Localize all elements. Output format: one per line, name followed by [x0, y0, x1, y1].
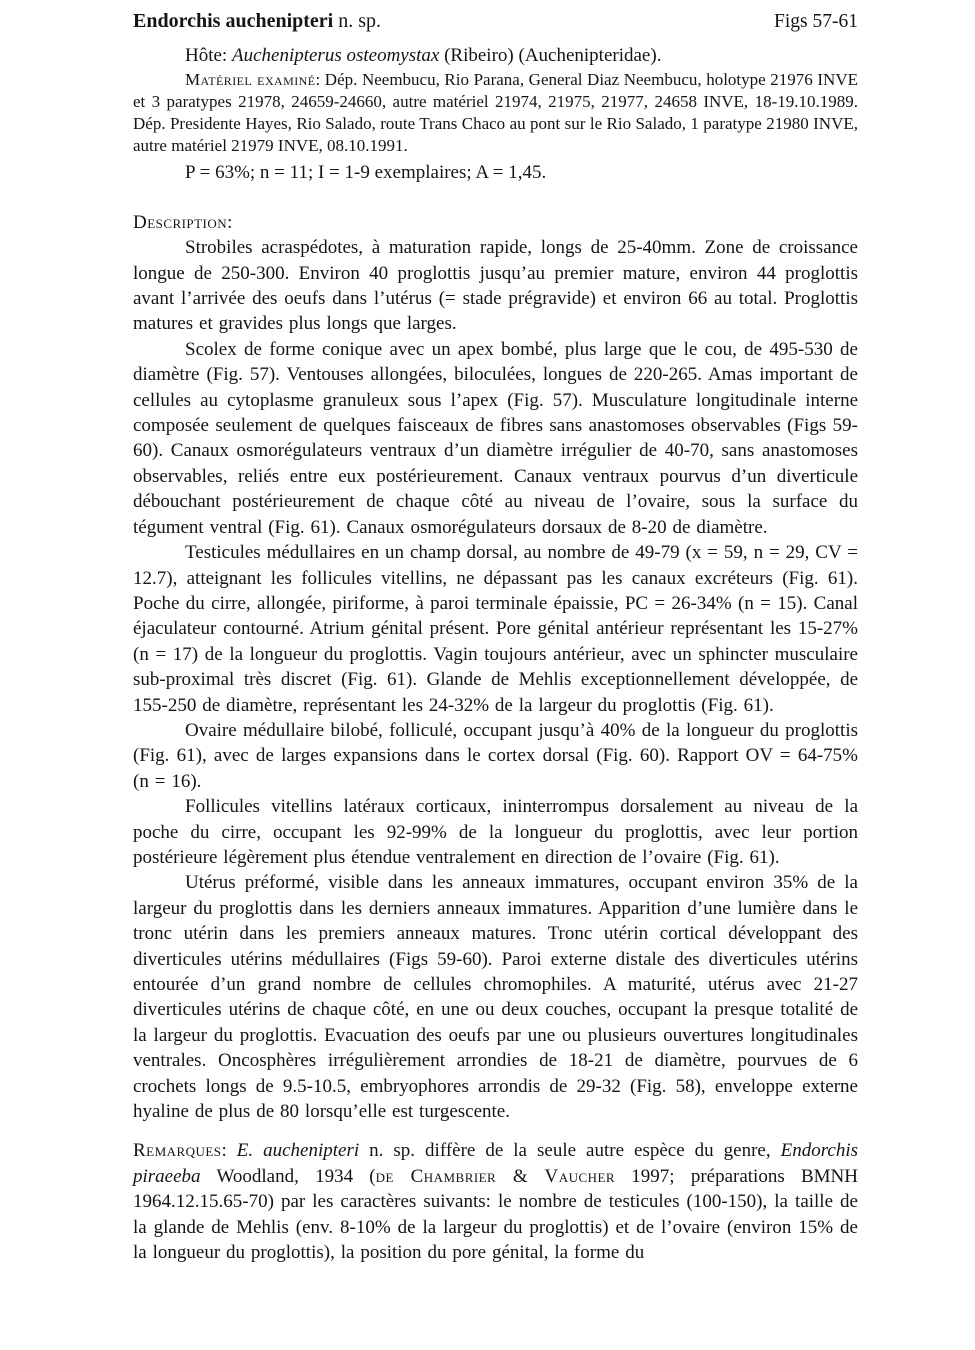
- description-paragraph-3: Testicules médullaires en un champ dorsa…: [133, 540, 858, 718]
- description-paragraph-5: Follicules vitellins latéraux corticaux,…: [133, 794, 858, 870]
- description-paragraph-6: Utérus préformé, visible dans les anneau…: [133, 870, 858, 1124]
- host-line: Hôte: Auchenipterus osteomystax (Ribeiro…: [133, 43, 858, 68]
- text-segment: (Ribeiro) (Auchenipteridae).: [439, 45, 661, 66]
- text-segment: Auchenipterus osteomystax: [232, 45, 439, 66]
- text-segment: Matériel examiné: [185, 70, 315, 89]
- description-paragraph-4: Ovaire médullaire bilobé, folliculé, occ…: [133, 718, 858, 794]
- species-suffix: n. sp.: [333, 10, 381, 32]
- description-heading: Description:: [133, 210, 858, 235]
- text-segment: de Chambrier & Vaucher: [376, 1166, 615, 1187]
- paper-page: Endorchis auchenipteri n. sp. Figs 57-61…: [0, 0, 975, 1350]
- text-segment: Hôte:: [185, 45, 232, 66]
- title-row: Endorchis auchenipteri n. sp. Figs 57-61: [133, 9, 858, 34]
- description-paragraph-1: Strobiles acraspédotes, à maturation rap…: [133, 235, 858, 337]
- text-segment: :: [221, 1140, 236, 1161]
- species-title: Endorchis auchenipteri n. sp.: [133, 9, 381, 33]
- text-segment: n. sp. diffère de la seule autre espèce …: [359, 1140, 780, 1161]
- text-segment: Woodland, 1934 (: [201, 1166, 376, 1187]
- text-segment: Remarques: [133, 1140, 221, 1161]
- figs-reference: Figs 57-61: [774, 10, 858, 34]
- remarques-paragraph: Remarques: E. auchenipteri n. sp. diffèr…: [133, 1138, 858, 1265]
- species-name: Endorchis auchenipteri: [133, 10, 333, 32]
- description-paragraph-2: Scolex de forme conique avec un apex bom…: [133, 337, 858, 540]
- stats-line: P = 63%; n = 11; I = 1-9 exemplaires; A …: [133, 160, 858, 185]
- materiel-paragraph: Matériel examiné: Dép. Neembucu, Rio Par…: [133, 69, 858, 157]
- text-segment: E. auchenipteri: [237, 1140, 359, 1161]
